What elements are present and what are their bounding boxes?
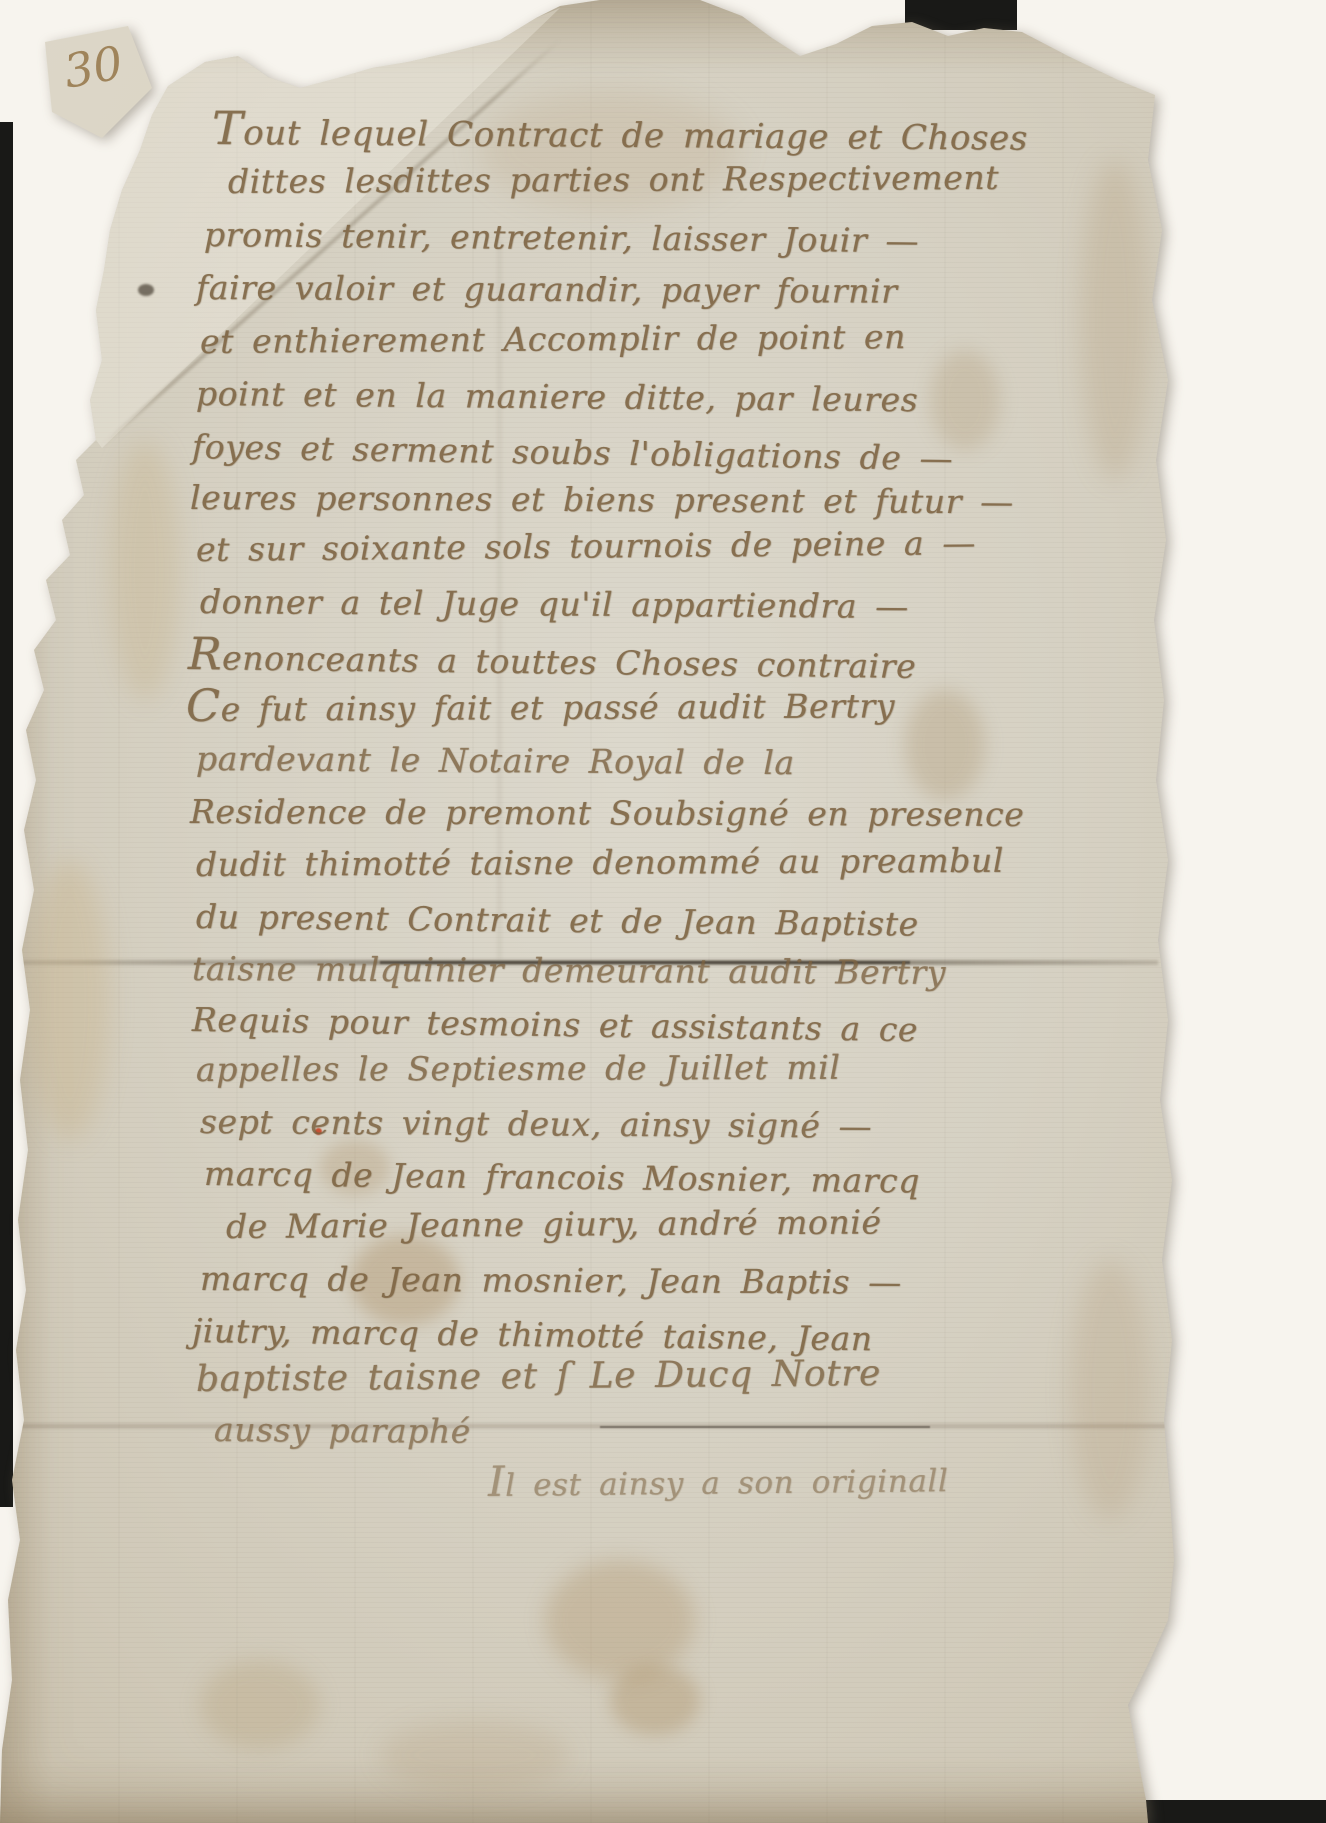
manuscript-line: taisne mulquinier demeurant audit Bertry <box>192 949 946 993</box>
manuscript-line: Renonceants a touttes Choses contraire <box>188 634 917 687</box>
stain <box>380 1720 570 1790</box>
manuscript-line: promis tenir, entretenir, laisser Jouir … <box>204 215 919 261</box>
manuscript-line: aussy paraphé <box>214 1410 471 1452</box>
stain <box>545 1560 695 1680</box>
manuscript-line: du present Contrait et de Jean Baptiste <box>196 897 919 945</box>
stain <box>610 1665 700 1735</box>
paper-sheet: Tout lequel Contract de mariage et Chose… <box>0 0 1326 1823</box>
stain <box>905 690 985 800</box>
manuscript-line: pardevant le Notaire Royal de la <box>196 739 795 783</box>
manuscript-line: leures personnes et biens present et fut… <box>190 478 1014 522</box>
manuscript-line: dudit thimotté taisne denommé au preambu… <box>196 841 1004 885</box>
stain <box>200 1660 320 1750</box>
manuscript-line: sept cents vingt deux, ainsy signé — <box>200 1102 872 1147</box>
manuscript-line: dittes lesdittes parties ont Respectivem… <box>228 158 999 202</box>
stain <box>930 350 1000 450</box>
manuscript-line: foyes et serment soubs l'obligations de … <box>192 427 954 479</box>
manuscript-line: point et en la maniere ditte, par leures <box>196 374 919 420</box>
fold-crease-lower-dark-segment <box>600 1426 930 1428</box>
manuscript-line: Il est ainsy a son originall <box>488 1457 949 1506</box>
manuscript-line: appelles le Septiesme de Juillet mil <box>196 1048 841 1090</box>
manuscript-line: Tout lequel Contract de mariage et Chose… <box>212 108 1028 159</box>
fold-crease-lower <box>20 1424 1170 1428</box>
paper-wrapper: 30 <box>0 0 1326 1823</box>
manuscript-line: marcq de Jean francois Mosnier, marcq <box>204 1154 920 1201</box>
manuscript-line: et enthierement Accomplir de point en <box>200 317 906 362</box>
stain <box>1080 160 1150 480</box>
stain <box>1070 1260 1150 1520</box>
manuscript-line: jiutry, marcq de thimotté taisne, Jean <box>192 1311 873 1359</box>
page-number-mark: 30 <box>60 35 127 98</box>
manuscript-line: et sur soixante sols tournois de peine a… <box>196 523 976 570</box>
manuscript-line: Residence de premont Soubsigné en presen… <box>190 792 1025 835</box>
manuscript-line: marcq de Jean mosnier, Jean Baptis — <box>200 1259 902 1303</box>
manuscript-line: baptiste taisne et ſ Le Ducq Notre <box>196 1354 881 1400</box>
stain <box>30 860 110 1140</box>
manuscript-line: Ce fut ainsy fait et passé audit Bertry <box>186 682 895 730</box>
ink-blot <box>138 284 154 296</box>
scanned-manuscript-page: 30 <box>0 0 1326 1823</box>
manuscript-line: faire valoir et guarandir, payer fournir <box>196 268 898 312</box>
manuscript-line: Requis pour tesmoins et assistants a ce <box>192 1000 919 1050</box>
manuscript-line: donner a tel Juge qu'il appartiendra — <box>200 582 909 627</box>
manuscript-line: de Marie Jeanne giury, andré monié <box>226 1202 882 1247</box>
stain <box>110 440 180 700</box>
